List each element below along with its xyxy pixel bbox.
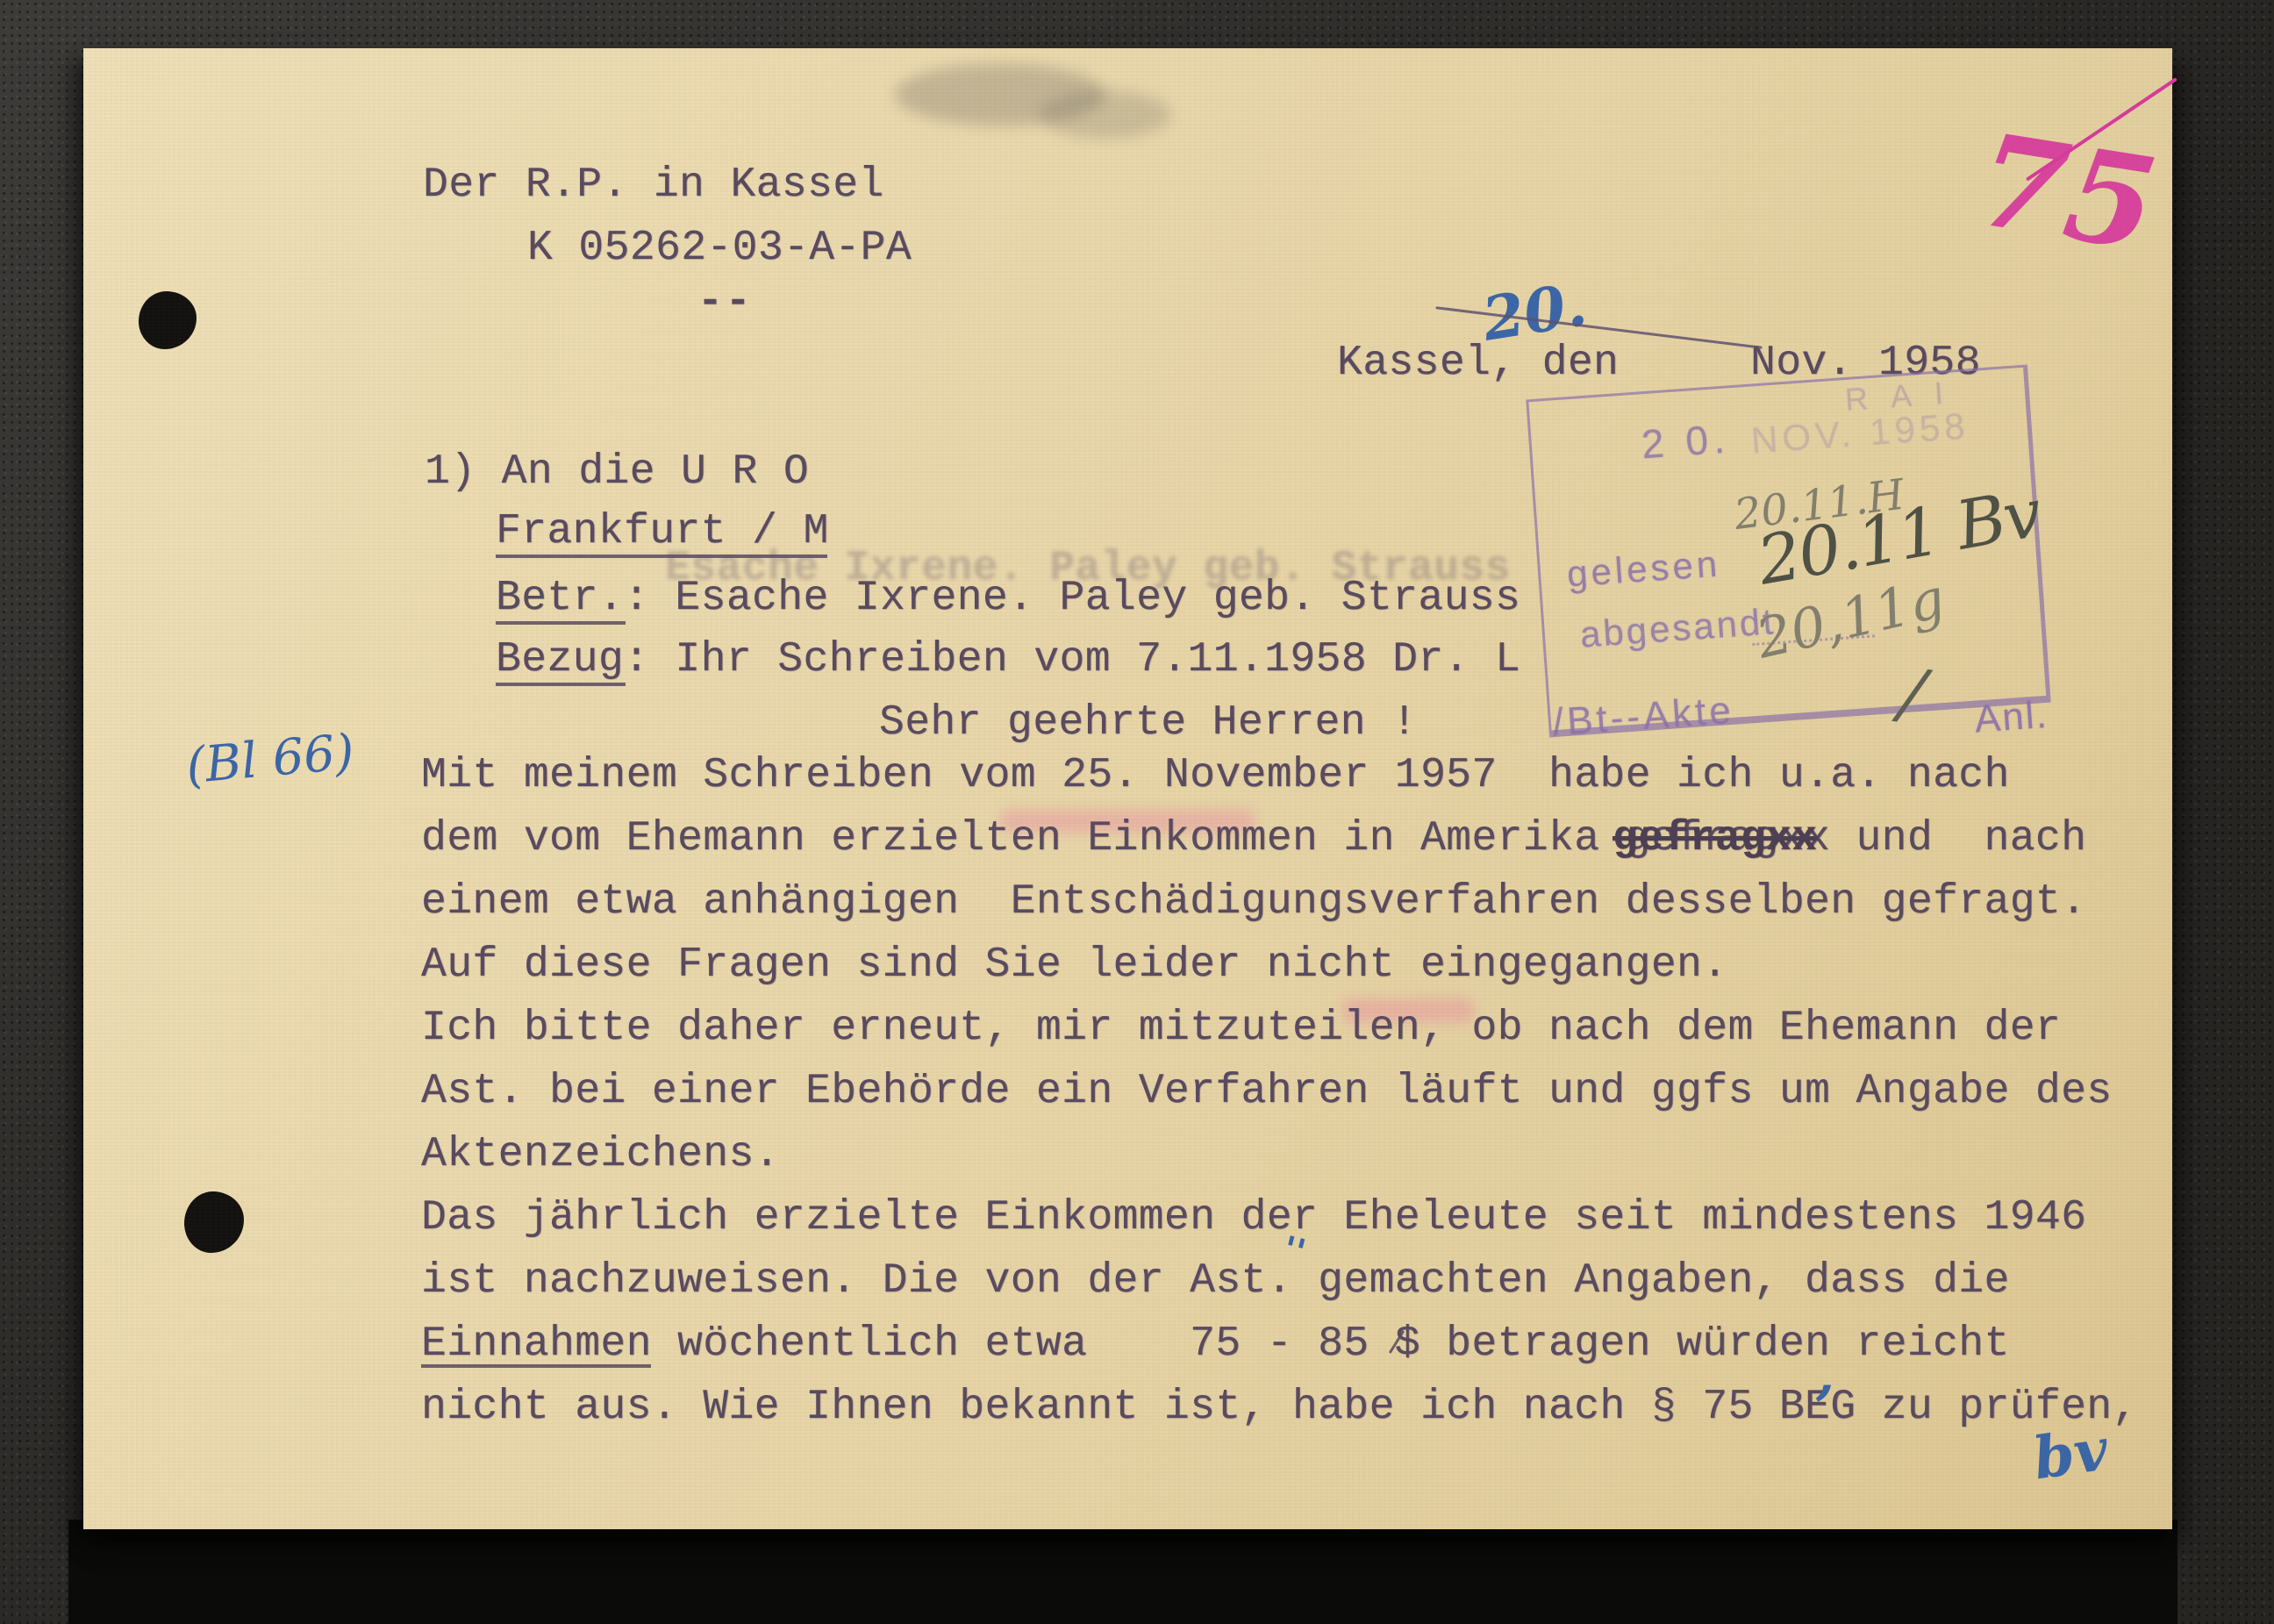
stamp-bt-akte: /Bt--Akte: [1551, 689, 1735, 745]
betr-underline: [496, 621, 626, 625]
separator-dashes: --: [697, 279, 754, 326]
hole-punch-top: [139, 291, 197, 349]
subject-line: Betr.: Esache Ixrene. Paley geb. Strauss: [496, 576, 1520, 622]
stamp-anl-label: Anl.: [1973, 693, 2049, 742]
stamp-date-rest: NOV. 1958: [1749, 404, 1970, 461]
stamp-anl-slash: /: [1896, 654, 1930, 735]
recipient-line-1: 1) An die U R O: [425, 449, 809, 496]
file-number: K 05262-03-A-PA: [527, 225, 912, 272]
body-line: ist nachzuweisen. Die von der Ast. gemac…: [421, 1258, 2010, 1305]
sender-line: Der R.P. in Kassel: [423, 162, 884, 209]
stamp-date-day: 2 0.: [1640, 414, 1731, 468]
bezug-underline: [496, 683, 626, 686]
body-line: Das jährlich erzielte Einkommen der Ehel…: [421, 1195, 2086, 1241]
body-line: Einnahmen wöchentlich etwa 75 - 85 $ bet…: [421, 1321, 2010, 1368]
body-line: Ast. bei einer Ebehörde ein Verfahren lä…: [421, 1069, 2113, 1115]
body-line: einem etwa anhängigen Entschädigungsverf…: [421, 879, 2086, 926]
reference-line: Bezug: Ihr Schreiben vom 7.11.1958 Dr. L: [496, 637, 1520, 683]
document-page: 75 Der R.P. in Kassel K 05262-03-A-PA --…: [83, 48, 2172, 1529]
backing-black-band: [68, 1520, 2177, 1624]
einnahmen-underline: [421, 1364, 651, 1368]
paper-smudge: [1040, 90, 1171, 139]
salutation: Sehr geehrte Herren !: [879, 700, 1417, 747]
body-line: Aktenzeichens.: [421, 1132, 780, 1178]
body-line: Ich bitte daher erneut, mir mitzuteilen,…: [421, 1005, 2061, 1052]
body-line: dem vom Ehemann erzielten Einkommen in A…: [421, 816, 2086, 862]
body-line: nicht aus. Wie Ihnen bekannt ist, habe i…: [421, 1384, 2138, 1431]
body-line: Mit meinem Schreiben vom 25. November 19…: [421, 753, 2010, 799]
stamp-gelesen-label: gelesen: [1566, 543, 1722, 596]
folio-number: 75: [1968, 105, 2166, 280]
body-line: Auf diese Fragen sind Sie leider nicht e…: [421, 942, 1727, 989]
date-line-prefix: Kassel, den: [1337, 340, 1619, 387]
stamp-abgesandt-label: abgesandt: [1578, 600, 1777, 655]
receipt-stamp: R A I 2 0. NOV. 1958 20.11.H 20.11 Bv ge…: [1526, 364, 2051, 737]
struck-word-overlay: gefragxx: [1613, 816, 1818, 862]
hole-punch-bottom: [184, 1191, 244, 1253]
bottom-initials: bv: [2029, 1414, 2113, 1492]
margin-note: (Bl 66): [184, 724, 357, 795]
comma-insertion: ,: [1816, 1345, 1834, 1406]
